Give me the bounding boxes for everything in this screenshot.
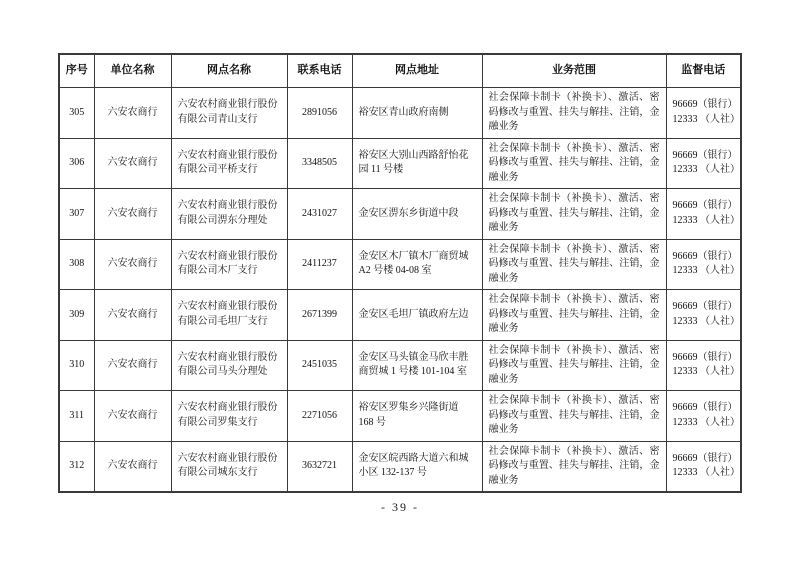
cell-branch-name: 六安农村商业银行股份有限公司城东支行	[171, 441, 287, 492]
supervision-bank-line: 96669（银行）	[673, 401, 735, 416]
cell-branch-name: 六安农村商业银行股份有限公司马头分理处	[171, 340, 287, 391]
cell-org-name: 六安农商行	[94, 391, 171, 442]
cell-address: 金安区木厂镇木厂商贸城 A2 号楼 04-08 室	[352, 239, 482, 290]
cell-seq: 311	[59, 391, 94, 442]
supervision-bank-line: 96669（银行）	[673, 300, 735, 315]
supervision-hr-line: 12333 （人社）	[673, 365, 735, 380]
header-seq: 序号	[59, 54, 94, 88]
cell-address: 裕安区大别山西路舒怡花园 11 号楼	[352, 138, 482, 189]
cell-address: 金安区毛坦厂镇政府左边	[352, 290, 482, 341]
table-row: 310 六安农商行 六安农村商业银行股份有限公司马头分理处 2451035 金安…	[59, 340, 741, 391]
bank-branch-table: 序号 单位名称 网点名称 联系电话 网点地址 业务范围 监督电话 305 六安农…	[58, 53, 742, 493]
cell-address: 金安区皖西路大道六和城小区 132-137 号	[352, 441, 482, 492]
cell-org-name: 六安农商行	[94, 88, 171, 139]
cell-supervision-phone: 96669（银行） 12333 （人社）	[666, 441, 741, 492]
header-address: 网点地址	[352, 54, 482, 88]
header-org-name: 单位名称	[94, 54, 171, 88]
cell-business-scope: 社会保障卡制卡（补换卡）、激活、密码修改与重置、挂失与解挂、注销，金融业务	[482, 239, 666, 290]
cell-supervision-phone: 96669（银行） 12333 （人社）	[666, 138, 741, 189]
cell-business-scope: 社会保障卡制卡（补换卡）、激活、密码修改与重置、挂失与解挂、注销，金融业务	[482, 138, 666, 189]
header-branch-name: 网点名称	[171, 54, 287, 88]
cell-seq: 305	[59, 88, 94, 139]
page-number: - 39 -	[0, 500, 800, 515]
cell-address: 金安区淠东乡街道中段	[352, 189, 482, 240]
supervision-hr-line: 12333 （人社）	[673, 416, 735, 431]
cell-branch-name: 六安农村商业银行股份有限公司青山支行	[171, 88, 287, 139]
cell-business-scope: 社会保障卡制卡（补换卡）、激活、密码修改与重置、挂失与解挂、注销，金融业务	[482, 441, 666, 492]
table-header-row: 序号 单位名称 网点名称 联系电话 网点地址 业务范围 监督电话	[59, 54, 741, 88]
cell-org-name: 六安农商行	[94, 290, 171, 341]
cell-supervision-phone: 96669（银行） 12333 （人社）	[666, 340, 741, 391]
cell-business-scope: 社会保障卡制卡（补换卡）、激活、密码修改与重置、挂失与解挂、注销，金融业务	[482, 290, 666, 341]
cell-address: 裕安区青山政府南侧	[352, 88, 482, 139]
table-row: 312 六安农商行 六安农村商业银行股份有限公司城东支行 3632721 金安区…	[59, 441, 741, 492]
cell-phone: 3632721	[287, 441, 352, 492]
cell-supervision-phone: 96669（银行） 12333 （人社）	[666, 239, 741, 290]
table-row: 306 六安农商行 六安农村商业银行股份有限公司平桥支行 3348505 裕安区…	[59, 138, 741, 189]
supervision-bank-line: 96669（银行）	[673, 199, 735, 214]
cell-phone: 2431027	[287, 189, 352, 240]
supervision-hr-line: 12333 （人社）	[673, 163, 735, 178]
cell-branch-name: 六安农村商业银行股份有限公司罗集支行	[171, 391, 287, 442]
cell-org-name: 六安农商行	[94, 138, 171, 189]
supervision-bank-line: 96669（银行）	[673, 351, 735, 366]
cell-branch-name: 六安农村商业银行股份有限公司平桥支行	[171, 138, 287, 189]
cell-supervision-phone: 96669（银行） 12333 （人社）	[666, 189, 741, 240]
header-phone: 联系电话	[287, 54, 352, 88]
cell-address: 裕安区罗集乡兴隆街道 168 号	[352, 391, 482, 442]
table-row: 309 六安农商行 六安农村商业银行股份有限公司毛坦厂支行 2671399 金安…	[59, 290, 741, 341]
cell-seq: 306	[59, 138, 94, 189]
cell-branch-name: 六安农村商业银行股份有限公司木厂支行	[171, 239, 287, 290]
cell-business-scope: 社会保障卡制卡（补换卡）、激活、密码修改与重置、挂失与解挂、注销，金融业务	[482, 189, 666, 240]
cell-phone: 2891056	[287, 88, 352, 139]
supervision-hr-line: 12333 （人社）	[673, 113, 735, 128]
table-row: 307 六安农商行 六安农村商业银行股份有限公司淠东分理处 2431027 金安…	[59, 189, 741, 240]
table-row: 311 六安农商行 六安农村商业银行股份有限公司罗集支行 2271056 裕安区…	[59, 391, 741, 442]
header-business-scope: 业务范围	[482, 54, 666, 88]
cell-org-name: 六安农商行	[94, 441, 171, 492]
cell-phone: 3348505	[287, 138, 352, 189]
cell-supervision-phone: 96669（银行） 12333 （人社）	[666, 391, 741, 442]
supervision-hr-line: 12333 （人社）	[673, 466, 735, 481]
table-row: 308 六安农商行 六安农村商业银行股份有限公司木厂支行 2411237 金安区…	[59, 239, 741, 290]
supervision-hr-line: 12333 （人社）	[673, 214, 735, 229]
table-row: 305 六安农商行 六安农村商业银行股份有限公司青山支行 2891056 裕安区…	[59, 88, 741, 139]
cell-seq: 312	[59, 441, 94, 492]
supervision-bank-line: 96669（银行）	[673, 98, 735, 113]
supervision-hr-line: 12333 （人社）	[673, 315, 735, 330]
cell-seq: 309	[59, 290, 94, 341]
document-page: 序号 单位名称 网点名称 联系电话 网点地址 业务范围 监督电话 305 六安农…	[0, 0, 800, 565]
cell-org-name: 六安农商行	[94, 239, 171, 290]
cell-seq: 310	[59, 340, 94, 391]
supervision-hr-line: 12333 （人社）	[673, 264, 735, 279]
cell-branch-name: 六安农村商业银行股份有限公司淠东分理处	[171, 189, 287, 240]
cell-phone: 2411237	[287, 239, 352, 290]
supervision-bank-line: 96669（银行）	[673, 452, 735, 467]
cell-supervision-phone: 96669（银行） 12333 （人社）	[666, 88, 741, 139]
cell-seq: 308	[59, 239, 94, 290]
cell-business-scope: 社会保障卡制卡（补换卡）、激活、密码修改与重置、挂失与解挂、注销，金融业务	[482, 88, 666, 139]
cell-supervision-phone: 96669（银行） 12333 （人社）	[666, 290, 741, 341]
supervision-bank-line: 96669（银行）	[673, 250, 735, 265]
cell-address: 金安区马头镇金马欣丰胜商贸城 1 号楼 101-104 室	[352, 340, 482, 391]
cell-seq: 307	[59, 189, 94, 240]
cell-phone: 2671399	[287, 290, 352, 341]
supervision-bank-line: 96669（银行）	[673, 149, 735, 164]
cell-business-scope: 社会保障卡制卡（补换卡）、激活、密码修改与重置、挂失与解挂、注销，金融业务	[482, 391, 666, 442]
header-supervision-phone: 监督电话	[666, 54, 741, 88]
cell-phone: 2451035	[287, 340, 352, 391]
cell-phone: 2271056	[287, 391, 352, 442]
cell-branch-name: 六安农村商业银行股份有限公司毛坦厂支行	[171, 290, 287, 341]
cell-business-scope: 社会保障卡制卡（补换卡）、激活、密码修改与重置、挂失与解挂、注销，金融业务	[482, 340, 666, 391]
cell-org-name: 六安农商行	[94, 340, 171, 391]
cell-org-name: 六安农商行	[94, 189, 171, 240]
